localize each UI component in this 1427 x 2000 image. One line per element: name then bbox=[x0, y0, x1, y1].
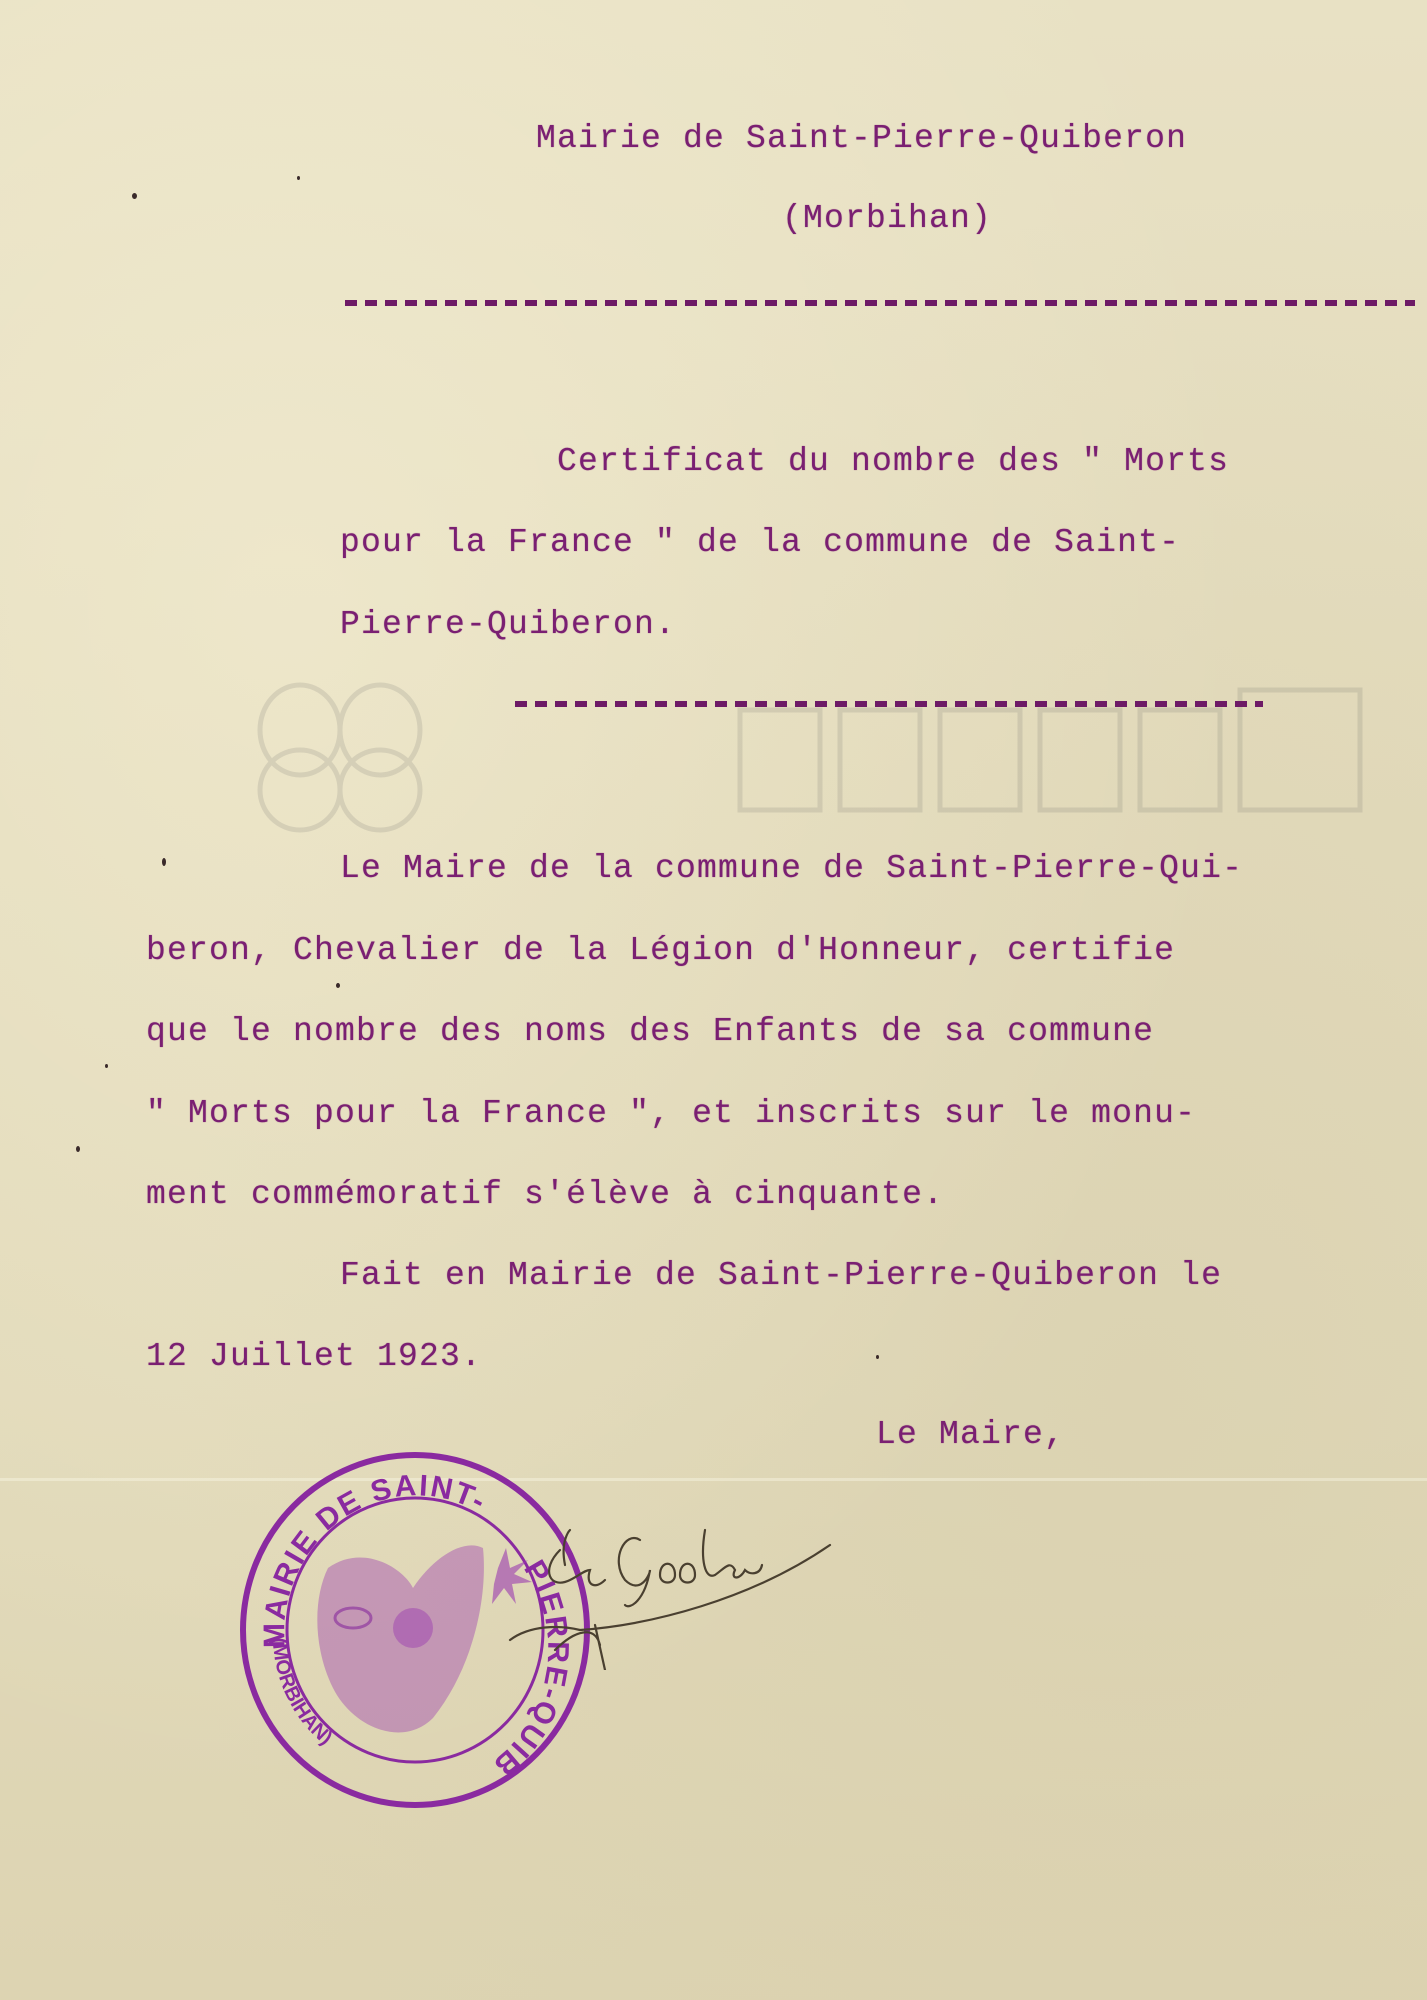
document-page: Mairie de Saint-Pierre-Quiberon (Morbiha… bbox=[0, 0, 1427, 2000]
body-line-3: que le nombre des noms des Enfants de sa… bbox=[146, 1013, 1154, 1050]
certificate-title-line-2: pour la France " de la commune de Saint- bbox=[340, 524, 1180, 561]
department-header: (Morbihan) bbox=[782, 200, 992, 237]
closing-line-1: Fait en Mairie de Saint-Pierre-Quiberon … bbox=[340, 1257, 1222, 1294]
closing-date: 12 Juillet 1923. bbox=[146, 1338, 482, 1375]
mayor-signature bbox=[500, 1500, 920, 1670]
certificate-title-line-1: Certificat du nombre des " Morts bbox=[557, 443, 1229, 480]
paper-speck bbox=[297, 176, 300, 180]
paper-speck bbox=[162, 858, 166, 866]
body-line-5: ment commémoratif s'élève à cinquante. bbox=[146, 1176, 944, 1213]
paper-speck bbox=[132, 193, 137, 199]
certificate-title-line-3: Pierre-Quiberon. bbox=[340, 606, 676, 643]
body-line-4: " Morts pour la France ", et inscrits su… bbox=[146, 1095, 1196, 1132]
watermark-emblem bbox=[240, 670, 1390, 840]
body-line-2: beron, Chevalier de la Légion d'Honneur,… bbox=[146, 932, 1175, 969]
header-divider bbox=[345, 300, 1415, 306]
paper-speck bbox=[76, 1146, 80, 1152]
title-divider bbox=[515, 701, 1263, 707]
body-line-1: Le Maire de la commune de Saint-Pierre-Q… bbox=[340, 850, 1243, 887]
signatory-title: Le Maire, bbox=[876, 1416, 1065, 1453]
paper-speck bbox=[336, 983, 340, 988]
paper-fold-line bbox=[0, 1478, 1427, 1481]
paper-speck bbox=[105, 1064, 108, 1068]
municipality-header: Mairie de Saint-Pierre-Quiberon bbox=[536, 120, 1187, 157]
paper-speck bbox=[876, 1355, 879, 1359]
